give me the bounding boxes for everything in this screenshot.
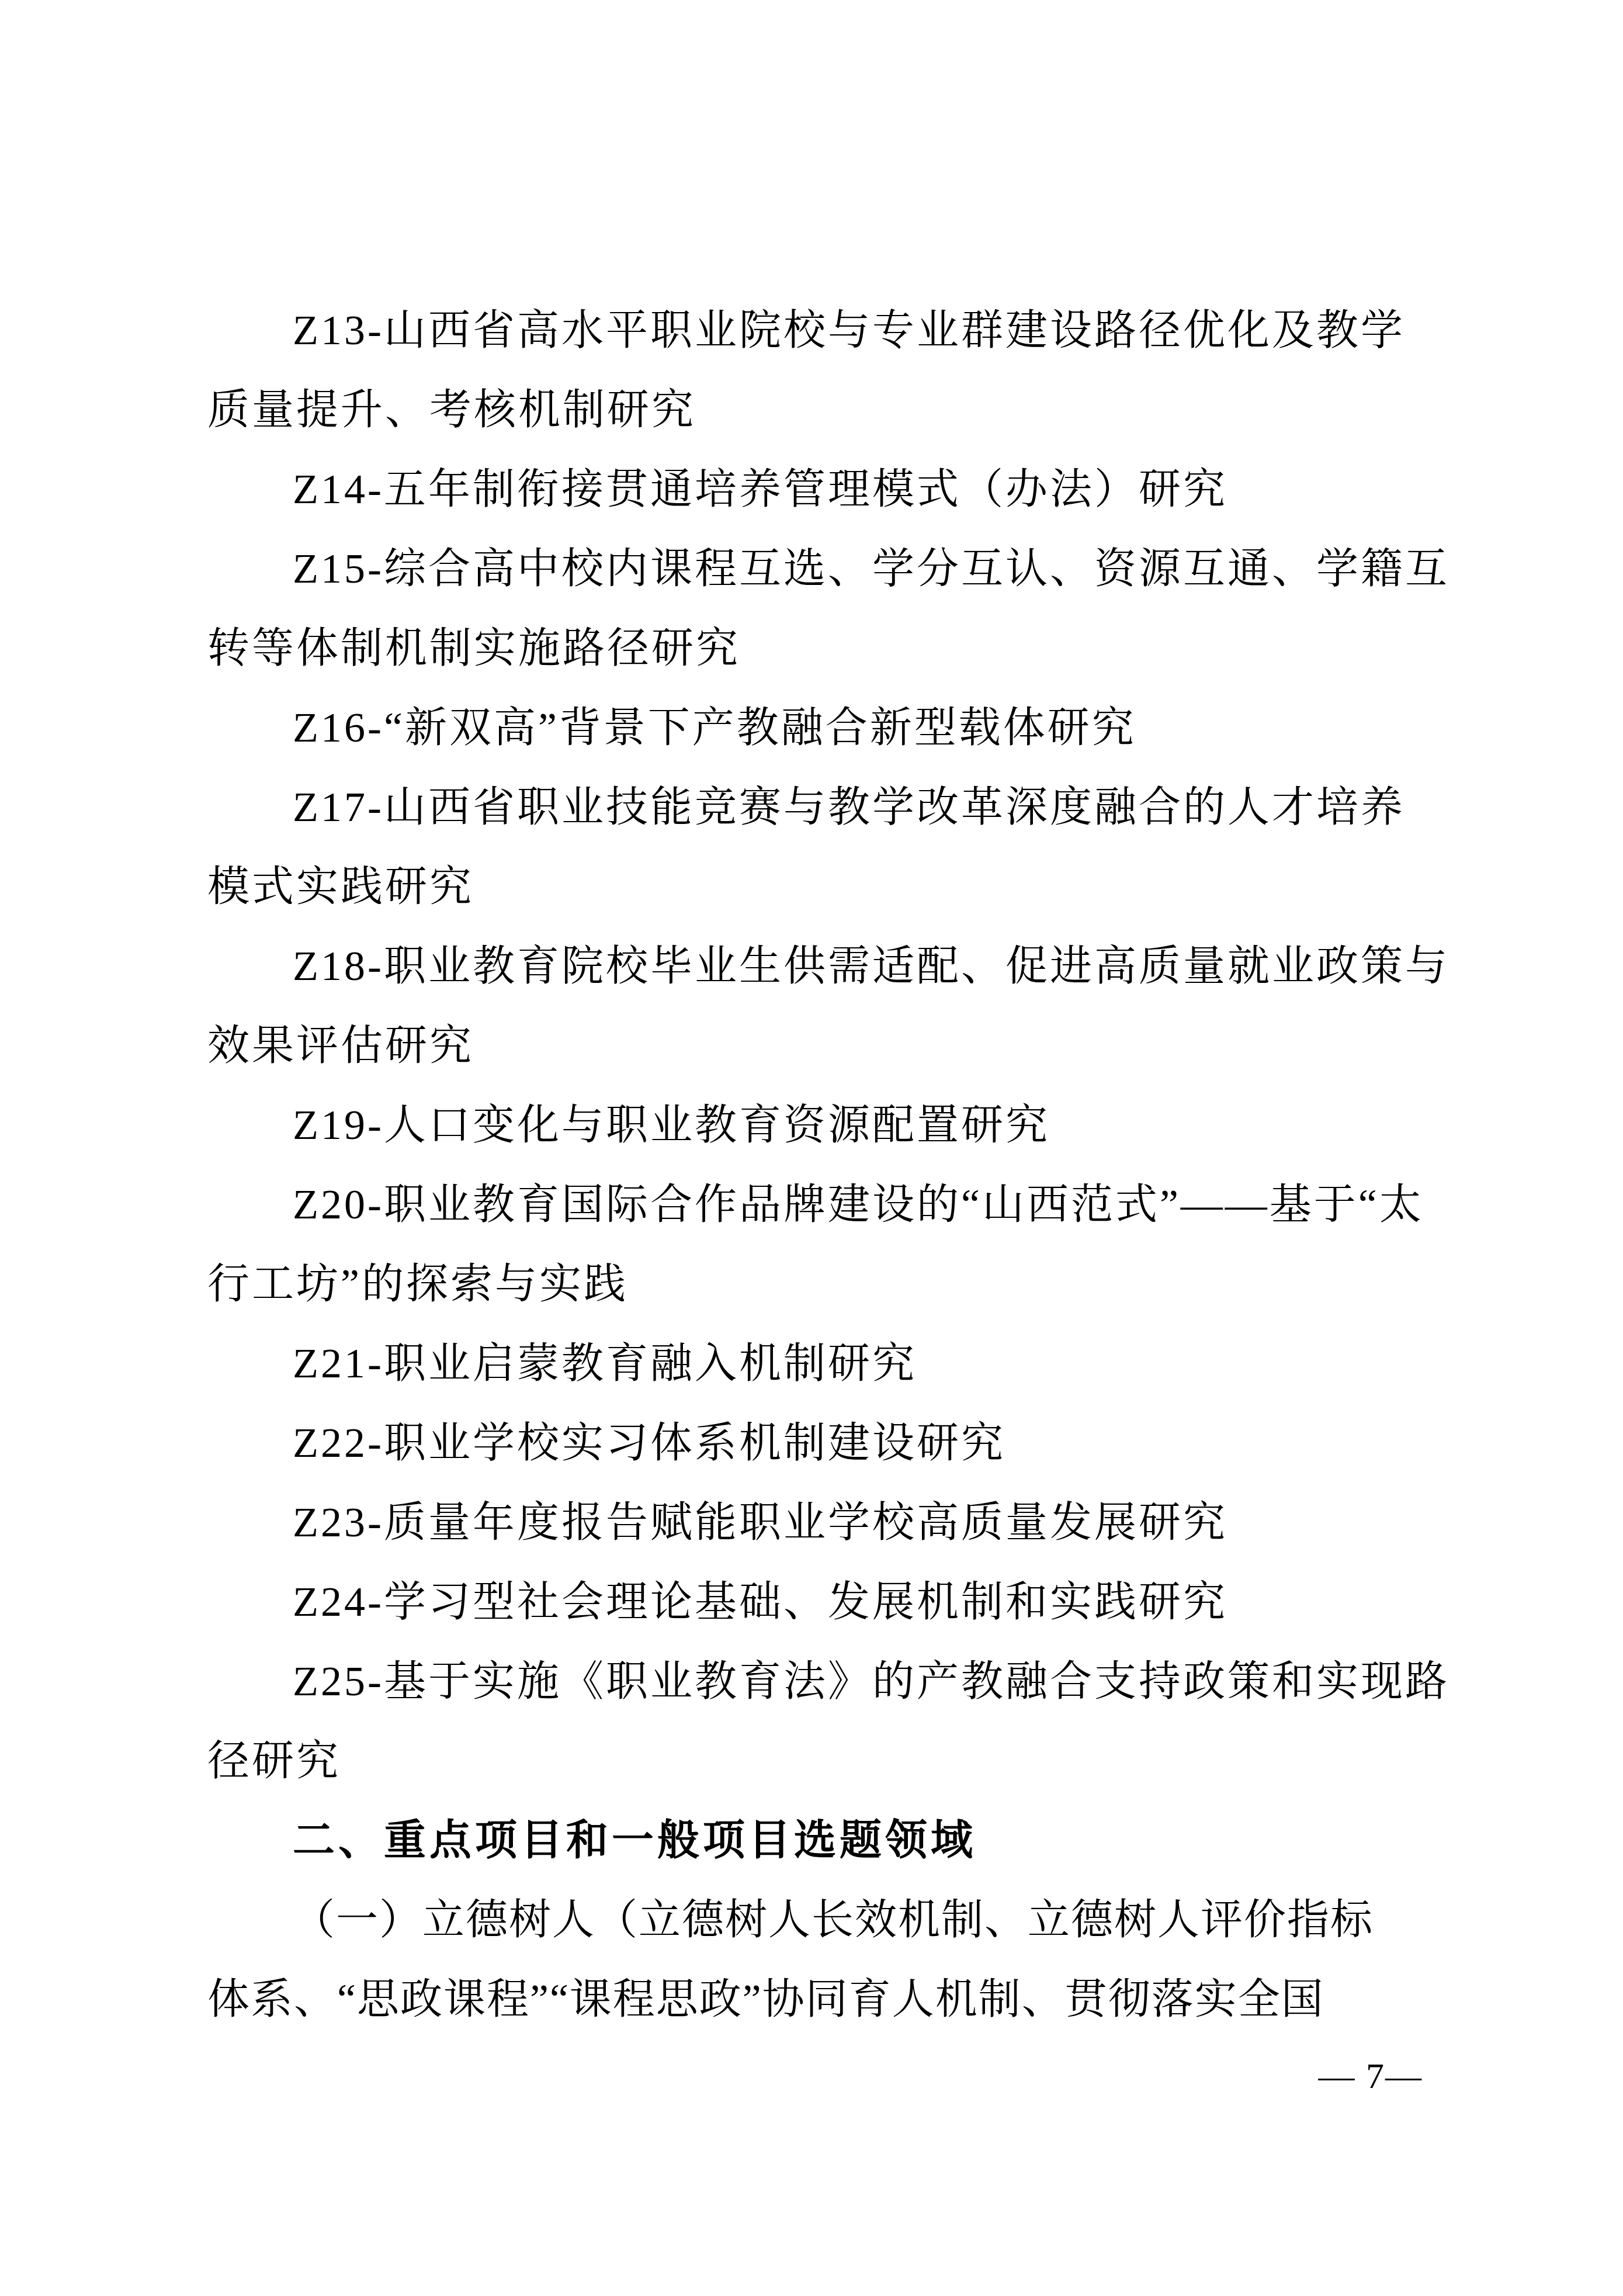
page-number: — 7— <box>1319 2056 1423 2097</box>
document-line: 行工坊”的探索与实践 <box>207 1244 1420 1324</box>
document-line: Z23-质量年度报告赋能职业学校高质量发展研究 <box>207 1483 1420 1562</box>
document-line: 质量提升、考核机制研究 <box>207 370 1420 449</box>
document-line: Z24-学习型社会理论基础、发展机制和实践研究 <box>207 1562 1420 1642</box>
document-line: 转等体制机制实施路径研究 <box>207 608 1420 688</box>
document-body: Z13-山西省高水平职业院校与专业群建设路径优化及教学质量提升、考核机制研究Z1… <box>207 290 1420 2039</box>
document-line: Z22-职业学校实习体系机制建设研究 <box>207 1403 1420 1483</box>
document-line: Z21-职业启蒙教育融入机制研究 <box>207 1324 1420 1403</box>
document-line: 径研究 <box>207 1721 1420 1800</box>
document-line: Z19-人口变化与职业教育资源配置研究 <box>207 1085 1420 1165</box>
document-line: 效果评估研究 <box>207 1006 1420 1085</box>
document-line: Z25-基于实施《职业教育法》的产教融合支持政策和实现路 <box>207 1642 1420 1721</box>
document-line: Z16-“新双高”背景下产教融合新型载体研究 <box>207 688 1420 767</box>
subsection-line: （一）立德树人（立德树人长效机制、立德树人评价指标 <box>207 1880 1420 1959</box>
subsection-line: 体系、“思政课程”“课程思政”协同育人机制、贯彻落实全国 <box>207 1959 1420 2039</box>
document-page: Z13-山西省高水平职业院校与专业群建设路径优化及教学质量提升、考核机制研究Z1… <box>0 0 1623 2296</box>
document-line: Z20-职业教育国际合作品牌建设的“山西范式”——基于“太 <box>207 1165 1420 1244</box>
document-line: Z13-山西省高水平职业院校与专业群建设路径优化及教学 <box>207 290 1420 370</box>
document-line: Z17-山西省职业技能竞赛与教学改革深度融合的人才培养 <box>207 767 1420 847</box>
document-line: Z14-五年制衔接贯通培养管理模式（办法）研究 <box>207 449 1420 529</box>
document-line: Z15-综合高中校内课程互选、学分互认、资源互通、学籍互 <box>207 529 1420 608</box>
document-line: Z18-职业教育院校毕业生供需适配、促进高质量就业政策与 <box>207 926 1420 1006</box>
document-line: 模式实践研究 <box>207 847 1420 926</box>
section-heading: 二、重点项目和一般项目选题领域 <box>207 1800 1420 1880</box>
